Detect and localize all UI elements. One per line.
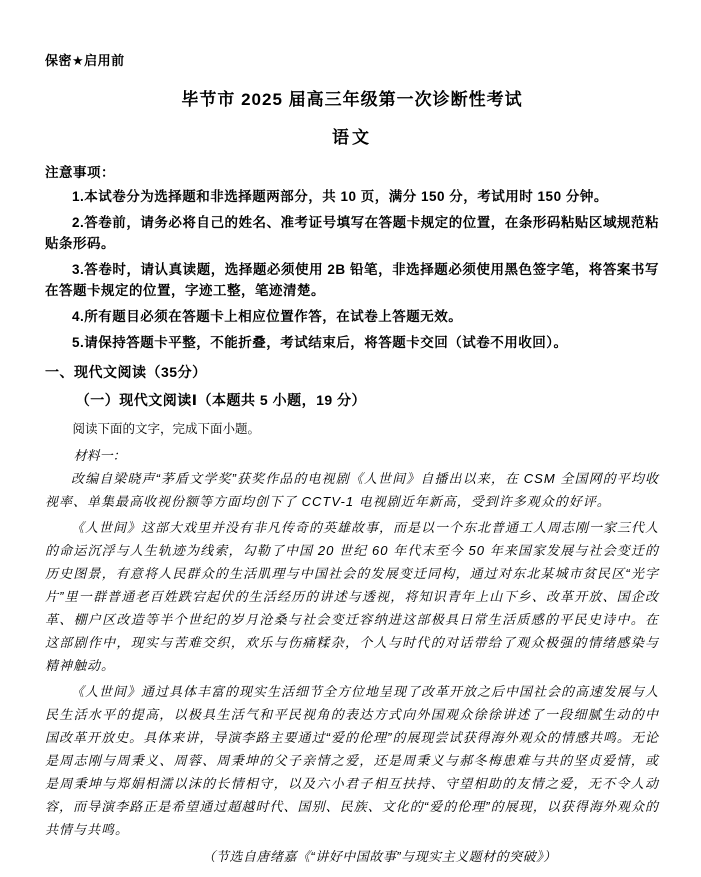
notice-item-2: 2.答卷前，请务必将自己的姓名、准考证号填写在答题卡规定的位置，在条形码粘贴区域… bbox=[45, 212, 659, 254]
notice-item-1: 1.本试卷分为选择题和非选择题两部分，共 10 页，满分 150 分，考试用时 … bbox=[45, 186, 659, 207]
passage-paragraph-1: 改编自梁晓声“茅盾文学奖”获奖作品的电视剧《人世间》自播出以来，在 CSM 全国… bbox=[45, 467, 659, 513]
notice-item-3: 3.答卷时，请认真读题，选择题必须使用 2B 铅笔，非选择题必须使用黑色签字笔，… bbox=[45, 259, 659, 301]
passage-paragraph-3: 《人世间》通过具体丰富的现实生活细节全方位地呈现了改革开放之后中国社会的高速发展… bbox=[45, 680, 659, 841]
reading-instruction: 阅读下面的文字，完成下面小题。 bbox=[45, 419, 659, 437]
exam-title: 毕节市 2025 届高三年级第一次诊断性考试 bbox=[45, 85, 659, 110]
exam-paper-page: 保密★启用前 毕节市 2025 届高三年级第一次诊断性考试 语文 注意事项： 1… bbox=[0, 0, 701, 877]
subsection-heading-reading-one: （一）现代文阅读Ⅰ（本题共 5 小题，19 分） bbox=[45, 390, 659, 410]
section-heading-modern-reading: 一、现代文阅读（35分） bbox=[45, 362, 659, 382]
notice-item-4: 4.所有题目必须在答题卡上相应位置作答，在试卷上答题无效。 bbox=[45, 306, 659, 327]
material-one-label: 材料一： bbox=[45, 445, 659, 464]
passage-source-citation: （节选自唐绪嘉《“讲好中国故事”与现实主义题材的突破》） bbox=[45, 846, 659, 865]
exam-subject-title: 语文 bbox=[45, 123, 659, 148]
notice-heading: 注意事项： bbox=[45, 161, 659, 181]
security-classification-label: 保密★启用前 bbox=[45, 50, 659, 69]
passage-paragraph-2: 《人世间》这部大戏里并没有非凡传奇的英雄故事，而是以一个东北普通工人周志刚一家三… bbox=[45, 516, 659, 677]
notice-item-5: 5.请保持答题卡平整，不能折叠，考试结束后，将答题卡交回（试卷不用收回）。 bbox=[45, 332, 659, 353]
